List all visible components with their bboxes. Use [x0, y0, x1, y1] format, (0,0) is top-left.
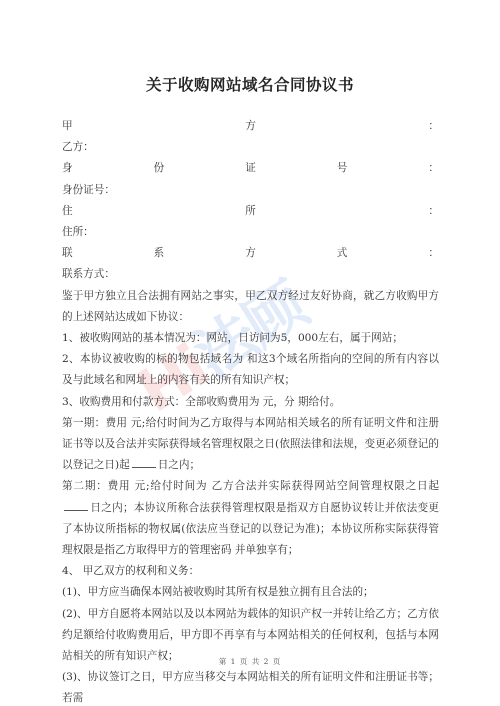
label-char: 所	[245, 201, 256, 222]
document-page: Hi法顾 关于收购网站域名合同协议书 甲 方 ： 乙方： 身 份 证 号 ： 身…	[0, 0, 500, 706]
days-blank	[64, 499, 88, 511]
clause-2: 2、本协议被收购的标的物包括域名为 和这3个域名所指向的空间的所有内容以及与此域…	[62, 349, 439, 391]
phase-1-text: 第一期：费用 元;给付时间为乙方取得与本网站相关域名的所有证明文件和注册证书等以…	[62, 417, 439, 471]
clause-4-3: (3)、协议签订之日，甲方应当移交与本网站相关的所有证明文件和注册证书等；若需	[62, 667, 439, 706]
label-char: 身	[62, 158, 73, 179]
label-char: 方	[245, 243, 256, 264]
id-number-label: 身份证号：	[62, 180, 439, 201]
payment-phase-1: 第一期：费用 元;给付时间为乙方取得与本网站相关域名的所有证明文件和注册证书等以…	[62, 413, 439, 477]
party-b-label: 乙方：	[62, 137, 439, 158]
clause-4: 4、 甲乙双方的权利和义务：	[62, 561, 439, 582]
page-number: 第 1 页 共 2 页	[0, 656, 500, 667]
address-label: 住所：	[62, 222, 439, 243]
contact-label: 联系方式：	[62, 264, 439, 285]
label-colon: ：	[428, 116, 439, 137]
address-label-row: 住 所 ：	[62, 201, 439, 222]
label-char: 甲	[62, 116, 73, 137]
label-colon: ：	[428, 243, 439, 264]
clause-3: 3、收购费用和付款方式：全部收购费用为 元，分 期给付。	[62, 392, 439, 413]
label-char: 式	[337, 243, 348, 264]
days-blank	[132, 456, 156, 468]
label-char: 系	[154, 243, 165, 264]
id-number-label-row: 身 份 证 号 ：	[62, 158, 439, 179]
phase-1-text-end: 日之内；	[158, 459, 200, 471]
clause-1: 1、被收购网站的基本情况为：网站，日访问为5，000左右，属于网站；	[62, 328, 439, 349]
label-colon: ：	[428, 158, 439, 179]
label-char: 号	[337, 158, 348, 179]
label-char: 证	[245, 158, 256, 179]
contact-label-row: 联 系 方 式 ：	[62, 243, 439, 264]
preamble-paragraph: 鉴于甲方独立且合法拥有网站之事实，甲乙双方经过友好协商，就乙方收购甲方的上述网站…	[62, 286, 439, 328]
label-colon: ：	[428, 201, 439, 222]
label-char: 联	[62, 243, 73, 264]
payment-phase-2: 第二期：费用 元;给付时间为 乙方合法并实际获得网站空间管理权限之日起日之内；本…	[62, 476, 439, 561]
label-char: 份	[154, 158, 165, 179]
phase-2-text-end: 日之内；本协议所称合法获得管理权限是指双方自愿协议转让并依法变更了本协议所指标的…	[62, 502, 439, 556]
label-char: 住	[62, 201, 73, 222]
party-a-label-row: 甲 方 ：	[62, 116, 439, 137]
clause-4-1: (1)、甲方应当确保本网站被收购时其所有权是独立拥有且合法的；	[62, 582, 439, 603]
document-body: 甲 方 ： 乙方： 身 份 证 号 ： 身份证号： 住 所 ： 住所： 联 系 …	[62, 116, 439, 706]
label-char: 方	[245, 116, 256, 137]
phase-2-text: 第二期：费用 元;给付时间为 乙方合法并实际获得网站空间管理权限之日起	[62, 480, 439, 492]
document-title: 关于收购网站域名合同协议书	[0, 73, 500, 95]
